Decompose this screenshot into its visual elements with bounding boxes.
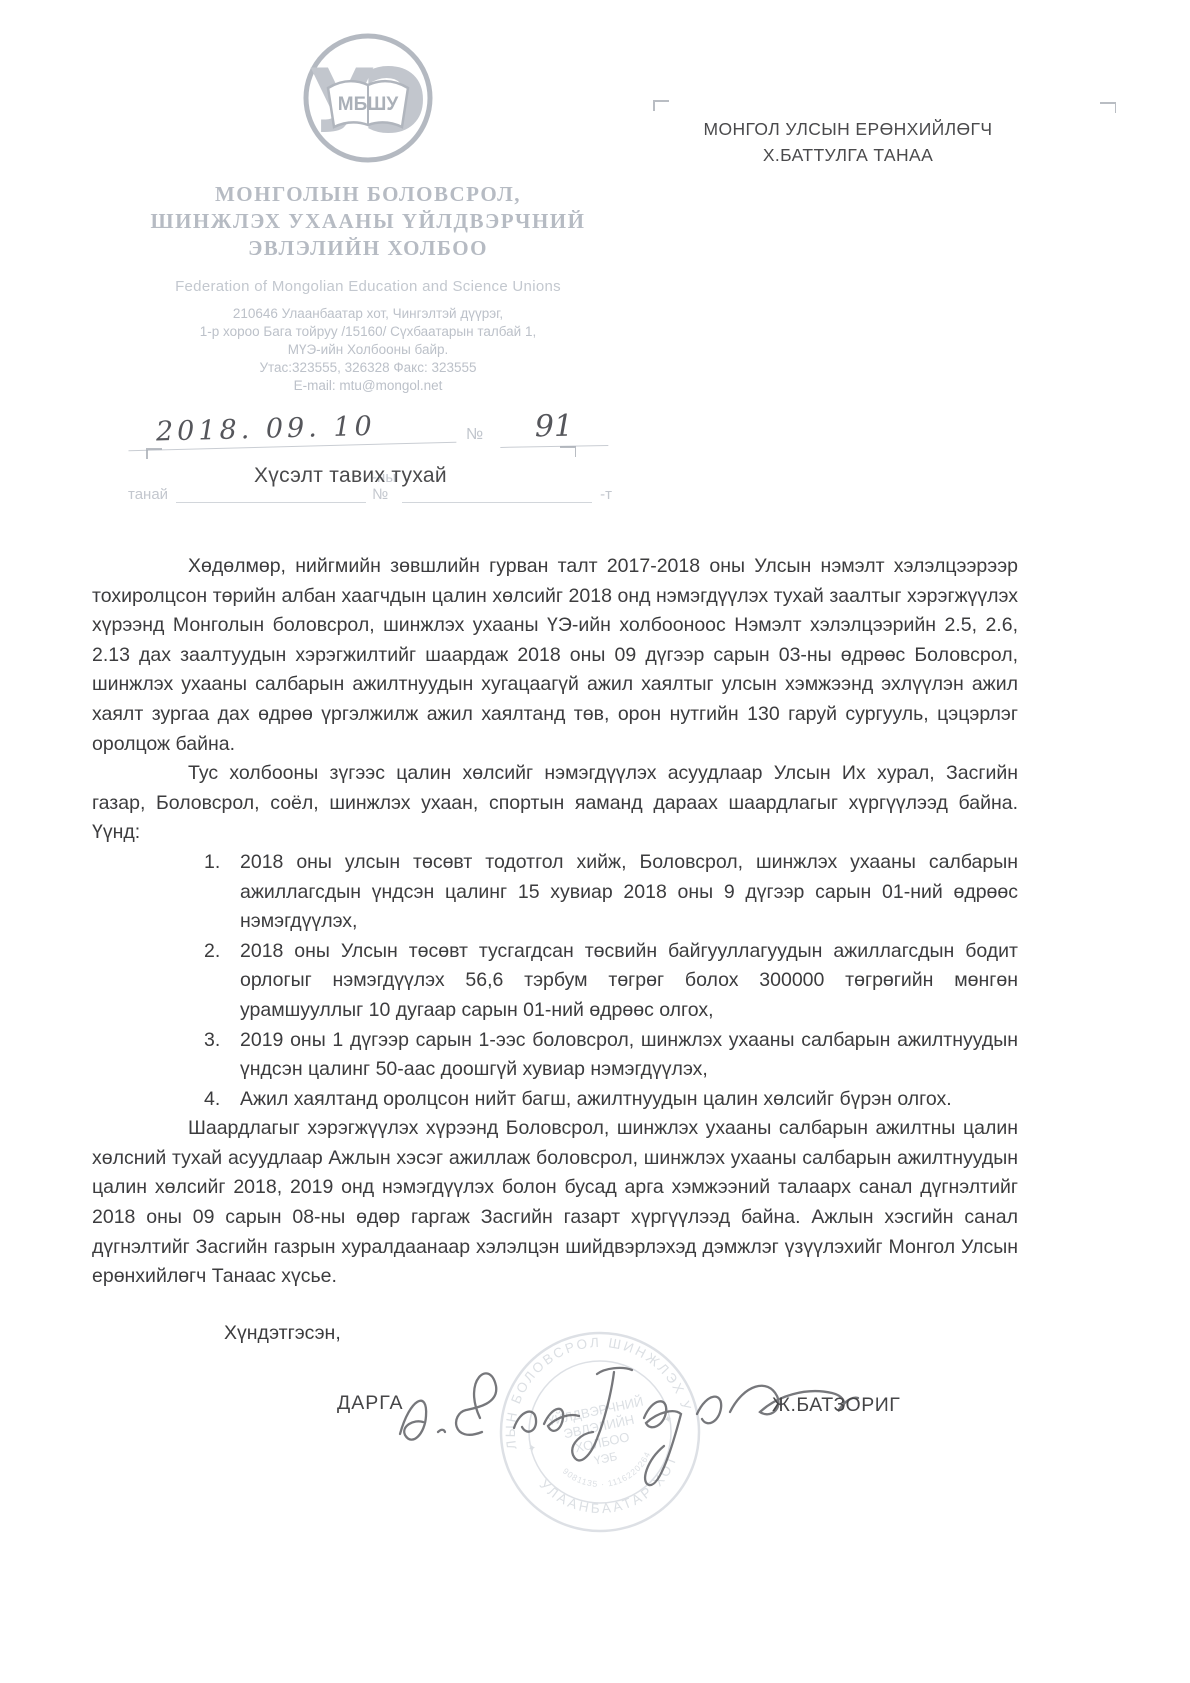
number-sign-label: № — [456, 426, 500, 447]
organization-logo: У Э МБШУ — [298, 28, 438, 173]
recipient-prefix: танай — [128, 486, 168, 503]
addressee-line-1: МОНГОЛ УЛСЫН ЕРӨНХИЙЛӨГЧ — [648, 116, 1048, 142]
signature-icon — [392, 1352, 862, 1582]
letterhead: У Э МБШУ МОНГОЛЫН БОЛОВСРОЛ, ШИНЖЛЭХ УХА… — [128, 28, 608, 503]
address-line-2: 1-р хороо Бага тойруу /15160/ Сүхбаатары… — [128, 323, 608, 341]
list-item-number: 3. — [204, 1026, 240, 1085]
email-line: E-mail: mtu@mongol.net — [128, 377, 608, 395]
org-name-line-1: МОНГОЛЫН БОЛОВСРОЛ, — [128, 181, 608, 208]
blank-line — [402, 486, 592, 503]
address-line-1: 210646 Улаанбаатар хот, Чингэлтэй дүүрэг… — [128, 305, 608, 323]
list-item-text: 2019 оны 1 дүгээр сарын 1-ээс боловсрол,… — [240, 1026, 1018, 1085]
list-item-number: 4. — [204, 1085, 240, 1115]
phone-fax-line: Утас:323555, 326328 Факс: 323555 — [128, 359, 608, 377]
body-paragraph-2: Тус холбооны зүгээс цалин хөлсийг нэмэгд… — [92, 759, 1018, 848]
addressee-line-2: Х.БАТТУЛГА ТАНАА — [648, 142, 1048, 168]
address-block: 210646 Улаанбаатар хот, Чингэлтэй дүүрэг… — [128, 305, 608, 395]
letter-body: Хөдөлмөр, нийгмийн зөвшлийн гурван талт … — [92, 552, 1018, 1292]
org-name-line-3: ЭВЛЭЛИЙН ХОЛБОО — [128, 235, 608, 262]
list-item-number: 1. — [204, 848, 240, 937]
signer-name: Ж.БАТЗОРИГ — [772, 1394, 900, 1417]
subject-line: Хүсэлт тавих тухай — [254, 464, 447, 488]
list-item: 4. Ажил хаялтанд оролцсон нийт багш, ажи… — [92, 1085, 1018, 1115]
recipient-suffix: -т — [592, 486, 612, 503]
union-logo-icon: У Э МБШУ — [298, 28, 438, 168]
list-item-text: 2018 оны улсын төсөвт тодотгол хийж, Бол… — [240, 848, 1018, 937]
list-item-text: 2018 оны Улсын төсөвт тусгагдсан төсвийн… — [240, 937, 1018, 1026]
logo-monogram: МБШУ — [338, 94, 399, 115]
closing-regards: Хүндэтгэсэн, — [224, 1322, 341, 1345]
org-name-english: Federation of Mongolian Education and Sc… — [128, 278, 608, 295]
handwritten-signature — [392, 1352, 862, 1587]
list-item: 2. 2018 оны Улсын төсөвт тусгагдсан төсв… — [92, 937, 1018, 1026]
scanned-letter-page: У Э МБШУ МОНГОЛЫН БОЛОВСРОЛ, ШИНЖЛЭХ УХА… — [0, 0, 1190, 1683]
org-name-line-2: ШИНЖЛЭХ УХААНЫ ҮЙЛДВЭРЧНИЙ — [128, 208, 608, 235]
crop-mark — [146, 448, 162, 459]
list-item: 3. 2019 оны 1 дүгээр сарын 1-ээс боловср… — [92, 1026, 1018, 1085]
body-paragraph-1: Хөдөлмөр, нийгмийн зөвшлийн гурван талт … — [92, 552, 1018, 759]
crop-mark — [560, 446, 576, 457]
handwritten-date: 2018. 09. 10 — [128, 409, 457, 452]
reference-line: 2018. 09. 10 № 91 — [128, 409, 608, 447]
list-item-number: 2. — [204, 937, 240, 1026]
blank-line — [176, 486, 366, 503]
list-item: 1. 2018 оны улсын төсөвт тодотгол хийж, … — [92, 848, 1018, 937]
org-name: МОНГОЛЫН БОЛОВСРОЛ, ШИНЖЛЭХ УХААНЫ ҮЙЛДВ… — [128, 181, 608, 262]
addressee-block: МОНГОЛ УЛСЫН ЕРӨНХИЙЛӨГЧ Х.БАТТУЛГА ТАНА… — [648, 116, 1048, 168]
crop-mark — [653, 100, 669, 111]
handwritten-ref-number: 91 — [500, 408, 609, 448]
body-paragraph-3: Шаардлагыг хэрэгжүүлэх хүрээнд Боловсрол… — [92, 1114, 1018, 1292]
list-item-text: Ажил хаялтанд оролцсон нийт багш, ажилтн… — [240, 1085, 1018, 1115]
demand-list: 1. 2018 оны улсын төсөвт тодотгол хийж, … — [92, 848, 1018, 1114]
crop-mark — [1100, 102, 1116, 113]
address-line-3: МҮЭ-ийн Холбооны байр. — [128, 341, 608, 359]
